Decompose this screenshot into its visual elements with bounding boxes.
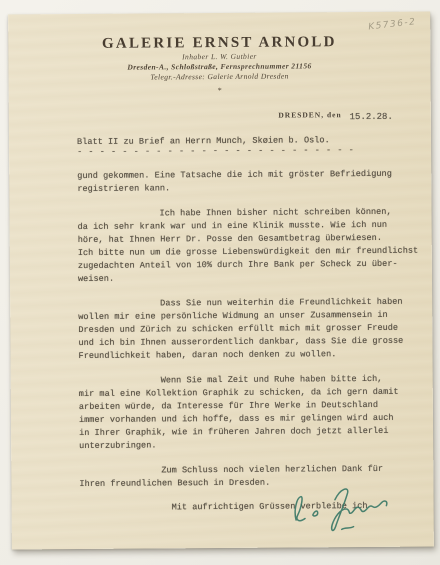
signature-drawing (284, 479, 405, 538)
signature-ink: L. W. Gutbier (284, 479, 405, 543)
scan-background: K5736-2 GALERIE ERNST ARNOLD Inhaber L. … (0, 0, 440, 565)
reference-underline-dashes: - - - - - - - - - - - - - - - - - - - - … (77, 147, 417, 156)
typed-line: weisen. (78, 271, 418, 286)
letter-paper: K5736-2 GALERIE ERNST ARNOLD Inhaber L. … (8, 12, 434, 550)
letterhead-separator-star: * (9, 85, 431, 97)
typed-line: in Ihrer Graphik, wie in früheren Jahren… (79, 425, 419, 440)
typed-line: unterzubringen. (79, 438, 419, 453)
paragraph-graphik-request: Wenn Sie mal Zeit und Ruhe haben bitte i… (79, 373, 420, 453)
typed-line: Zum Schluss noch vielen herzlichen Dank … (79, 463, 419, 478)
dateline-printed-label: DRESDEN, den (278, 110, 341, 119)
paragraph-continuation: gund gekommen. Eine Tatsache die ich mit… (77, 168, 417, 196)
dateline-typed-date: 15.2.28. (350, 111, 393, 121)
typed-line: zugedachten Anteil von 10% durch Ihre Ba… (78, 258, 418, 273)
dateline: DRESDEN, den 15.2.28. (9, 104, 431, 125)
letter-body: Blatt II zu Brief an Herrn Munch, Skøien… (77, 134, 420, 515)
typed-line: und ich bin Ihnen ausserordentlich dankb… (78, 335, 418, 350)
typed-line: registrieren kann. (77, 181, 417, 196)
typed-line: Freundlichkeit haben, daran noch denken … (78, 348, 418, 363)
paragraph-illness-payment: Ich habe Ihnen bisher nicht schreiben kö… (77, 206, 418, 286)
letterhead-telegram-line: Telegr.-Adresse: Galerie Arnold Dresden (9, 71, 431, 84)
paragraph-dedication: Dass Sie nun weiterhin die Freundlichkei… (78, 296, 418, 363)
typed-line: gund gekommen. Eine Tatsache die ich mit… (77, 168, 417, 183)
